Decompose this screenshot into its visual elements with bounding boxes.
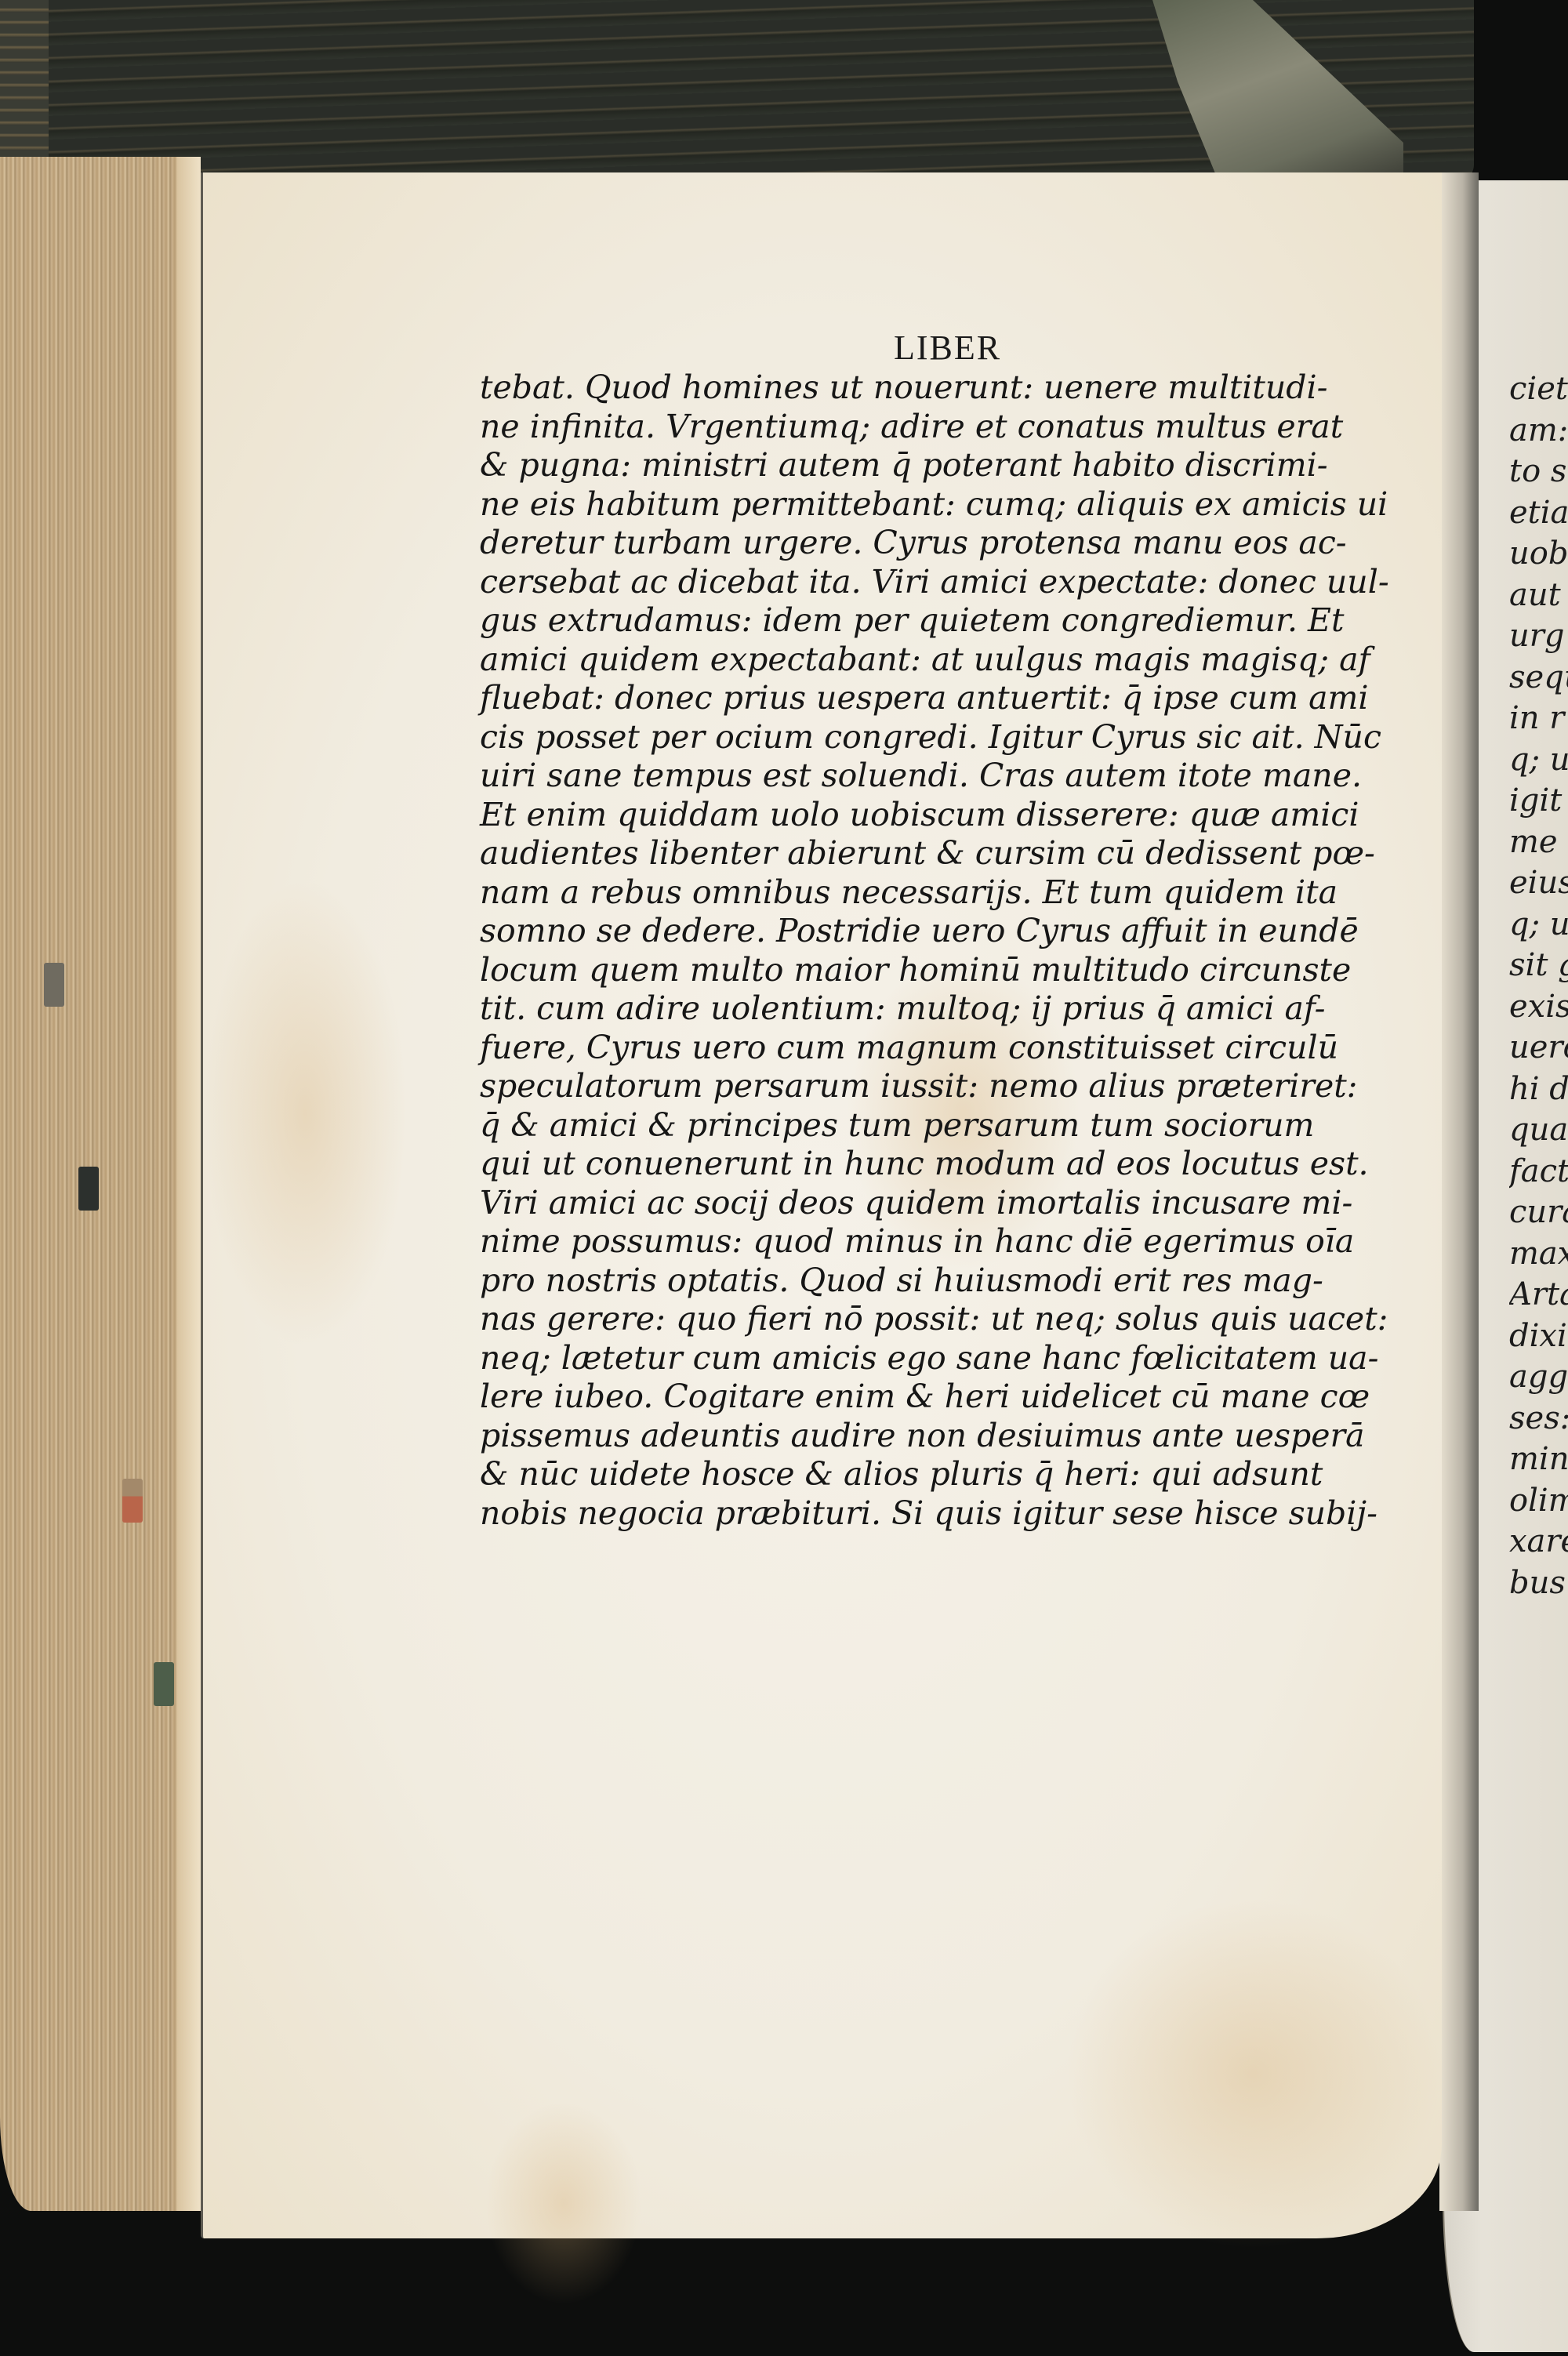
text-line: gus extrudamus: idem per quietem congred… xyxy=(480,601,1311,641)
water-stain xyxy=(1065,1897,1442,2250)
text-line: q̄ & amici & principes tum persarum tum … xyxy=(480,1106,1311,1145)
fragment-line: hi d xyxy=(1509,1069,1568,1110)
text-line: deretur turbam urgere. Cyrus protensa ma… xyxy=(480,524,1311,563)
fragment-line: uob xyxy=(1509,533,1568,575)
main-text-block: tebat. Quod homines ut nouerunt: uenere … xyxy=(480,368,1311,1533)
text-line: Viri amici ac socij deos quidem imortali… xyxy=(480,1184,1311,1223)
facing-page-text: ciet: am: to s etia uob aut urg sequ in … xyxy=(1509,368,1568,1603)
fragment-line: olim e xyxy=(1509,1480,1568,1522)
fragment-line: eius xyxy=(1509,862,1568,904)
fragment-line: q; u xyxy=(1509,739,1568,781)
fragment-line: igit xyxy=(1509,780,1568,822)
text-line: somno se dedere. Postridie uero Cyrus af… xyxy=(480,912,1311,951)
text-line: fuere, Cyrus uero cum magnum constituiss… xyxy=(480,1029,1311,1068)
text-line: Et enim quiddam uolo uobiscum disserere:… xyxy=(480,796,1311,835)
fragment-line: bus al xyxy=(1509,1563,1568,1604)
text-line: cersebat ac dicebat ita. Viri amici expe… xyxy=(480,563,1311,602)
text-line: & pugna: ministri autem q̄ poterant habi… xyxy=(480,446,1311,485)
text-line: locum quem multo maior hominū multitudo … xyxy=(480,951,1311,990)
fragment-line: sequ xyxy=(1509,657,1568,699)
text-line: nas gerere: quo fieri nō possit: ut neq;… xyxy=(480,1300,1311,1339)
text-line: nobis negocia præbituri. Si quis igitur … xyxy=(480,1494,1311,1534)
fragment-line: exis xyxy=(1509,986,1568,1028)
fragment-line: aggre xyxy=(1509,1356,1568,1398)
text-line: nime possumus: quod minus in hanc diē eg… xyxy=(480,1222,1311,1261)
water-stain xyxy=(485,2101,642,2305)
fragment-line: am: xyxy=(1509,410,1568,452)
text-line: ne infinita. Vrgentiumq; adire et conatu… xyxy=(480,408,1311,447)
fragment-line: ses:in xyxy=(1509,1398,1568,1439)
book-fore-edge xyxy=(0,157,201,2211)
text-line: tebat. Quod homines ut nouerunt: uenere … xyxy=(480,368,1311,408)
text-line: fluebat: donec prius uespera antuertit: … xyxy=(480,679,1311,718)
running-head: LIBER xyxy=(894,328,1001,368)
book-top-edge-left xyxy=(0,0,49,180)
fragment-line: aut xyxy=(1509,575,1568,616)
fragment-line: urg xyxy=(1509,615,1568,657)
text-line: amici quidem expectabant: at uulgus magi… xyxy=(480,641,1311,680)
text-line: tit. cum adire uolentium: multoq; ij pri… xyxy=(480,989,1311,1029)
fragment-line: uero xyxy=(1509,1027,1568,1069)
fragment-line: sit g xyxy=(1509,945,1568,986)
fragment-line: factu xyxy=(1509,1151,1568,1193)
text-line: neq; lætetur cum amicis ego sane hanc fœ… xyxy=(480,1339,1311,1378)
fragment-line: etia xyxy=(1509,492,1568,534)
green-tab-marker xyxy=(154,1662,174,1706)
text-line: pissemus adeuntis audire non desiuimus a… xyxy=(480,1417,1311,1456)
fragment-line: q; u xyxy=(1509,904,1568,946)
text-line: speculatorum persarum iussit: nemo alius… xyxy=(480,1067,1311,1106)
fragment-line: curæ xyxy=(1509,1192,1568,1233)
text-line: nam a rebus omnibus necessarijs. Et tum … xyxy=(480,873,1311,913)
water-stain xyxy=(203,878,407,1349)
gray-tab-marker xyxy=(44,963,64,1007)
red-tab-marker xyxy=(122,1479,143,1523)
text-line: & nūc uidete hosce & alios pluris q̄ her… xyxy=(480,1455,1311,1494)
page-gutter xyxy=(1439,172,1479,2211)
fragment-line: me u xyxy=(1509,822,1568,863)
black-tab-marker xyxy=(78,1167,99,1211)
text-line: pro nostris optatis. Quod si huiusmodi e… xyxy=(480,1261,1311,1301)
fragment-line: maxi xyxy=(1509,1233,1568,1275)
text-line: lere iubeo. Cogitare enim & heri uidelic… xyxy=(480,1378,1311,1417)
fragment-line: in r xyxy=(1509,698,1568,739)
fragment-line: Artal xyxy=(1509,1274,1568,1316)
text-line: qui ut conuenerunt in hunc modum ad eos … xyxy=(480,1145,1311,1184)
text-line: ne eis habitum permittebant: cumq; aliqu… xyxy=(480,485,1311,525)
fragment-line: dixit: xyxy=(1509,1316,1568,1357)
text-line: uiri sane tempus est soluendi. Cras aute… xyxy=(480,757,1311,796)
fragment-line: minim xyxy=(1509,1439,1568,1480)
fragment-line: qua xyxy=(1509,1109,1568,1151)
text-line: audientes libenter abierunt & cursim cū … xyxy=(480,834,1311,873)
fragment-line: ciet: xyxy=(1509,368,1568,410)
fragment-line: to s xyxy=(1509,451,1568,492)
fragment-line: xares c xyxy=(1509,1521,1568,1563)
text-line: cis posset per ocium congredi. Igitur Cy… xyxy=(480,718,1311,757)
